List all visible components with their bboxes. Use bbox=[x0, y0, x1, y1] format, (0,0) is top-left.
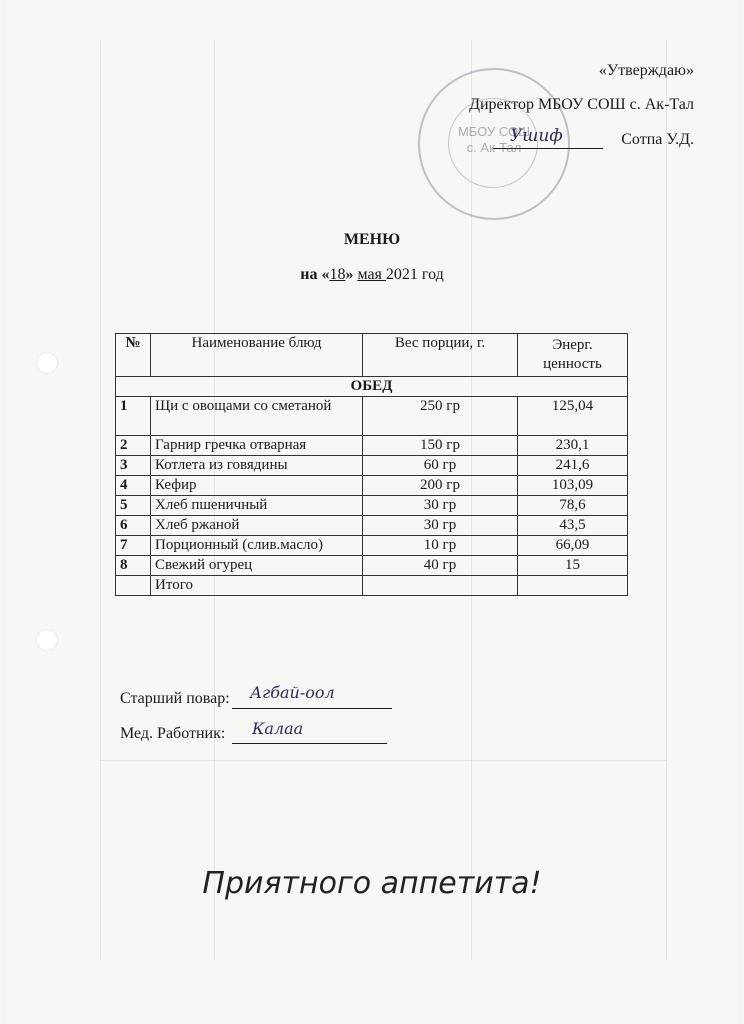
chef-signature-block: Старший повар: bbox=[120, 690, 230, 708]
dish-name: Щи с овощами со сметаной bbox=[151, 397, 363, 436]
table-row: 3Котлета из говядины60 гр241,6 bbox=[116, 456, 628, 476]
portion-weight: 10 гр bbox=[363, 536, 518, 556]
date-prefix: на « bbox=[300, 266, 329, 283]
row-number: 4 bbox=[116, 476, 151, 496]
column-header-number: № bbox=[116, 334, 151, 377]
portion-weight: 250 гр bbox=[363, 397, 518, 436]
energy-header-line2: ценность bbox=[522, 355, 623, 374]
portion-weight: 200 гр bbox=[363, 476, 518, 496]
energy-value: 125,04 bbox=[518, 397, 628, 436]
row-number: 8 bbox=[116, 556, 151, 576]
menu-date: на «18» мая 2021 год bbox=[0, 266, 744, 284]
bleed-through-line bbox=[666, 40, 667, 960]
total-label: Итого bbox=[151, 576, 363, 596]
chef-signature-line bbox=[232, 708, 392, 709]
row-number: 6 bbox=[116, 516, 151, 536]
dish-name: Хлеб ржаной bbox=[151, 516, 363, 536]
menu-table: № Наименование блюд Вес порции, г. Энерг… bbox=[115, 333, 628, 596]
energy-value: 78,6 bbox=[518, 496, 628, 516]
energy-value: 241,6 bbox=[518, 456, 628, 476]
row-number: 7 bbox=[116, 536, 151, 556]
total-number bbox=[116, 576, 151, 596]
medic-signature-line bbox=[232, 743, 387, 744]
medic-signature-block: Мед. Работник: bbox=[120, 725, 225, 743]
dish-name: Хлеб пшеничный bbox=[151, 496, 363, 516]
column-header-energy: Энерг. ценность bbox=[518, 334, 628, 377]
row-number: 3 bbox=[116, 456, 151, 476]
date-day: 18 bbox=[329, 266, 345, 283]
energy-value: 66,09 bbox=[518, 536, 628, 556]
approve-label: «Утверждаю» bbox=[599, 62, 694, 80]
table-row: 4Кефир200 гр103,09 bbox=[116, 476, 628, 496]
table-row: 1Щи с овощами со сметаной250 гр125,04 bbox=[116, 397, 628, 436]
dish-name: Гарнир гречка отварная bbox=[151, 436, 363, 456]
table-row: 5Хлеб пшеничный30 гр78,6 bbox=[116, 496, 628, 516]
punch-hole bbox=[37, 353, 57, 373]
row-number: 1 bbox=[116, 397, 151, 436]
row-number: 2 bbox=[116, 436, 151, 456]
chef-signature: Агбай-оол bbox=[250, 683, 335, 702]
date-year: 2021 год bbox=[386, 266, 444, 283]
dish-name: Свежий огурец bbox=[151, 556, 363, 576]
row-number: 5 bbox=[116, 496, 151, 516]
total-energy bbox=[518, 576, 628, 596]
energy-value: 43,5 bbox=[518, 516, 628, 536]
table-header-row: № Наименование блюд Вес порции, г. Энерг… bbox=[116, 334, 628, 377]
energy-value: 103,09 bbox=[518, 476, 628, 496]
table-row: 8Свежий огурец40 гр15 bbox=[116, 556, 628, 576]
medic-signature: Калаа bbox=[252, 719, 303, 738]
portion-weight: 60 гр bbox=[363, 456, 518, 476]
page-title: МЕНЮ bbox=[0, 231, 744, 249]
director-name: Сотпа У.Д. bbox=[621, 131, 694, 149]
dish-name: Порционный (слив.масло) bbox=[151, 536, 363, 556]
chef-label: Старший повар: bbox=[120, 690, 230, 707]
director-signature-line bbox=[493, 148, 603, 149]
punch-hole bbox=[37, 630, 57, 650]
section-row-lunch: ОБЕД bbox=[116, 377, 628, 397]
table-row: 6Хлеб ржаной30 гр43,5 bbox=[116, 516, 628, 536]
medic-label: Мед. Работник: bbox=[120, 725, 225, 742]
director-signature: Ушиф bbox=[510, 126, 563, 146]
total-weight bbox=[363, 576, 518, 596]
energy-value: 230,1 bbox=[518, 436, 628, 456]
energy-value: 15 bbox=[518, 556, 628, 576]
portion-weight: 40 гр bbox=[363, 556, 518, 576]
date-mid: » bbox=[345, 266, 357, 283]
column-header-dish: Наименование блюд bbox=[151, 334, 363, 377]
bon-appetit-text: Приятного аппетита! bbox=[0, 866, 744, 901]
bleed-through-line bbox=[100, 760, 666, 761]
dish-name: Кефир bbox=[151, 476, 363, 496]
column-header-weight: Вес порции, г. bbox=[363, 334, 518, 377]
energy-header-line1: Энерг. bbox=[522, 336, 623, 355]
date-month: мая bbox=[357, 266, 385, 283]
table-row: 2Гарнир гречка отварная150 гр230,1 bbox=[116, 436, 628, 456]
portion-weight: 150 гр bbox=[363, 436, 518, 456]
portion-weight: 30 гр bbox=[363, 516, 518, 536]
portion-weight: 30 гр bbox=[363, 496, 518, 516]
table-row-total: Итого bbox=[116, 576, 628, 596]
bleed-through-line bbox=[100, 40, 101, 960]
table-row: 7Порционный (слив.масло)10 гр66,09 bbox=[116, 536, 628, 556]
director-position: Директор МБОУ СОШ с. Ак-Тал bbox=[469, 96, 694, 114]
dish-name: Котлета из говядины bbox=[151, 456, 363, 476]
section-title: ОБЕД bbox=[116, 377, 628, 397]
